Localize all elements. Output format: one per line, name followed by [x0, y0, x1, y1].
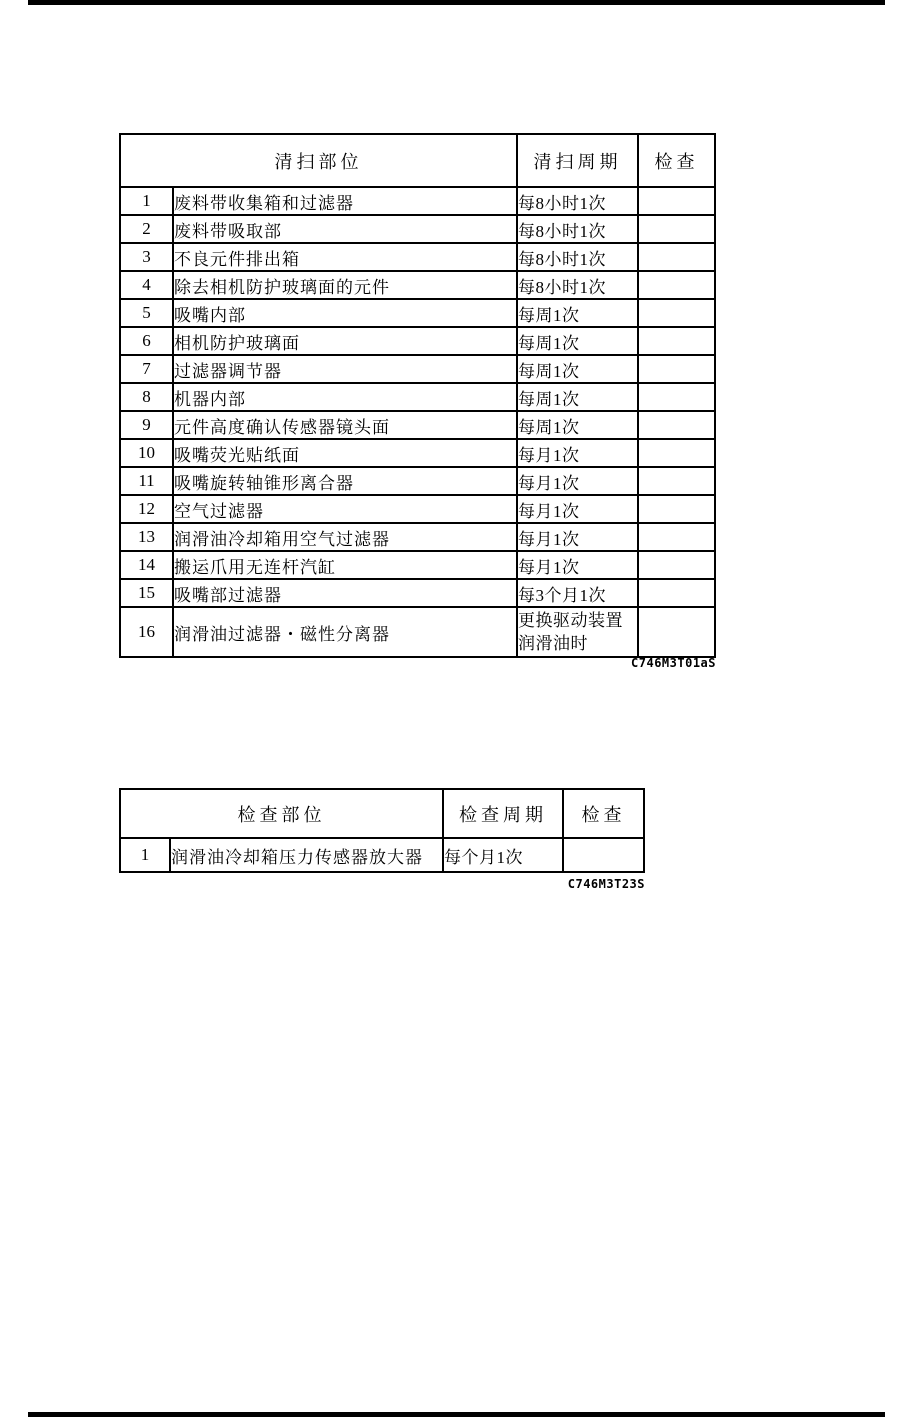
- part-cell: 相机防护玻璃面: [173, 327, 517, 355]
- check-cell: [563, 838, 644, 872]
- inspection-schedule-table: 检查部位 检查周期 检查 1 润滑油冷却箱压力传感器放大器 每个月1次: [119, 788, 645, 873]
- part-cell: 除去相机防护玻璃面的元件: [173, 271, 517, 299]
- part-cell: 润滑油过滤器・磁性分离器: [173, 607, 517, 657]
- cycle-cell: 每周1次: [517, 411, 638, 439]
- row-number: 12: [120, 495, 173, 523]
- check-cell: [638, 495, 715, 523]
- cleaning-table-figure-code: C746M3T01aS: [119, 656, 716, 670]
- part-cell: 润滑油冷却箱压力传感器放大器: [170, 838, 443, 872]
- check-cell: [638, 383, 715, 411]
- row-number: 2: [120, 215, 173, 243]
- check-cell: [638, 551, 715, 579]
- check-cell: [638, 355, 715, 383]
- inspection-check-header: 检查: [563, 789, 644, 838]
- table-row: 12 空气过滤器 每月1次: [120, 495, 715, 523]
- check-cell: [638, 439, 715, 467]
- cycle-cell: 每3个月1次: [517, 579, 638, 607]
- part-cell: 搬运爪用无连杆汽缸: [173, 551, 517, 579]
- row-number: 4: [120, 271, 173, 299]
- document-page: 清扫部位 清扫周期 检查 1 废料带收集箱和过滤器 每8小时1次 2 废料带吸取…: [0, 0, 913, 1418]
- cycle-cell: 每周1次: [517, 383, 638, 411]
- cycle-cell: 每周1次: [517, 299, 638, 327]
- check-cell: [638, 523, 715, 551]
- table-row: 1 润滑油冷却箱压力传感器放大器 每个月1次: [120, 838, 644, 872]
- row-number: 15: [120, 579, 173, 607]
- check-cell: [638, 187, 715, 215]
- part-cell: 润滑油冷却箱用空气过滤器: [173, 523, 517, 551]
- cycle-cell: 每8小时1次: [517, 187, 638, 215]
- cleaning-check-header: 检查: [638, 134, 715, 187]
- cleaning-schedule-table: 清扫部位 清扫周期 检查 1 废料带收集箱和过滤器 每8小时1次 2 废料带吸取…: [119, 133, 716, 658]
- part-cell: 机器内部: [173, 383, 517, 411]
- cycle-cell: 每8小时1次: [517, 243, 638, 271]
- check-cell: [638, 327, 715, 355]
- table-row: 7 过滤器调节器 每周1次: [120, 355, 715, 383]
- table-row: 9 元件高度确认传感器镜头面 每周1次: [120, 411, 715, 439]
- cycle-cell: 每周1次: [517, 327, 638, 355]
- table-row: 3 不良元件排出箱 每8小时1次: [120, 243, 715, 271]
- table-row: 14 搬运爪用无连杆汽缸 每月1次: [120, 551, 715, 579]
- cycle-cell: 每月1次: [517, 495, 638, 523]
- table-row: 6 相机防护玻璃面 每周1次: [120, 327, 715, 355]
- part-cell: 元件高度确认传感器镜头面: [173, 411, 517, 439]
- row-number: 6: [120, 327, 173, 355]
- row-number: 13: [120, 523, 173, 551]
- cycle-cell: 每月1次: [517, 551, 638, 579]
- inspection-part-header: 检查部位: [120, 789, 443, 838]
- page-top-rule: [28, 0, 885, 5]
- check-cell: [638, 579, 715, 607]
- cycle-cell: 每月1次: [517, 439, 638, 467]
- row-number: 3: [120, 243, 173, 271]
- part-cell: 吸嘴旋转轴锥形离合器: [173, 467, 517, 495]
- cycle-cell: 每月1次: [517, 467, 638, 495]
- row-number: 16: [120, 607, 173, 657]
- check-cell: [638, 271, 715, 299]
- row-number: 5: [120, 299, 173, 327]
- part-cell: 吸嘴荧光贴纸面: [173, 439, 517, 467]
- check-cell: [638, 607, 715, 657]
- row-number: 11: [120, 467, 173, 495]
- table-row: 11 吸嘴旋转轴锥形离合器 每月1次: [120, 467, 715, 495]
- part-cell: 废料带吸取部: [173, 215, 517, 243]
- cycle-cell: 每周1次: [517, 355, 638, 383]
- table-row: 5 吸嘴内部 每周1次: [120, 299, 715, 327]
- table-row: 8 机器内部 每周1次: [120, 383, 715, 411]
- cycle-cell: 每个月1次: [443, 838, 563, 872]
- table-row: 2 废料带吸取部 每8小时1次: [120, 215, 715, 243]
- row-number: 1: [120, 838, 170, 872]
- table-row: 10 吸嘴荧光贴纸面 每月1次: [120, 439, 715, 467]
- check-cell: [638, 411, 715, 439]
- cycle-cell: 每8小时1次: [517, 271, 638, 299]
- inspection-table-header-row: 检查部位 检查周期 检查: [120, 789, 644, 838]
- part-cell: 吸嘴内部: [173, 299, 517, 327]
- table-row: 13 润滑油冷却箱用空气过滤器 每月1次: [120, 523, 715, 551]
- cleaning-part-header: 清扫部位: [120, 134, 517, 187]
- cycle-cell: 更换驱动装置 润滑油时: [517, 607, 638, 657]
- row-number: 9: [120, 411, 173, 439]
- row-number: 10: [120, 439, 173, 467]
- row-number: 14: [120, 551, 173, 579]
- cleaning-table-header-row: 清扫部位 清扫周期 检查: [120, 134, 715, 187]
- table-row: 4 除去相机防护玻璃面的元件 每8小时1次: [120, 271, 715, 299]
- row-number: 7: [120, 355, 173, 383]
- part-cell: 空气过滤器: [173, 495, 517, 523]
- check-cell: [638, 299, 715, 327]
- part-cell: 过滤器调节器: [173, 355, 517, 383]
- check-cell: [638, 467, 715, 495]
- check-cell: [638, 215, 715, 243]
- check-cell: [638, 243, 715, 271]
- row-number: 8: [120, 383, 173, 411]
- cleaning-cycle-header: 清扫周期: [517, 134, 638, 187]
- table-row: 1 废料带收集箱和过滤器 每8小时1次: [120, 187, 715, 215]
- inspection-cycle-header: 检查周期: [443, 789, 563, 838]
- part-cell: 吸嘴部过滤器: [173, 579, 517, 607]
- table-row: 16 润滑油过滤器・磁性分离器 更换驱动装置 润滑油时: [120, 607, 715, 657]
- table-row: 15 吸嘴部过滤器 每3个月1次: [120, 579, 715, 607]
- cycle-cell: 每月1次: [517, 523, 638, 551]
- part-cell: 废料带收集箱和过滤器: [173, 187, 517, 215]
- row-number: 1: [120, 187, 173, 215]
- page-bottom-rule: [28, 1412, 885, 1417]
- part-cell: 不良元件排出箱: [173, 243, 517, 271]
- inspection-table-figure-code: C746M3T23S: [119, 877, 645, 891]
- cycle-cell: 每8小时1次: [517, 215, 638, 243]
